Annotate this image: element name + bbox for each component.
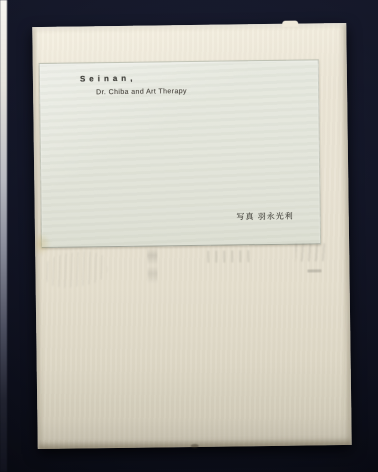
book-title: Seinan, [80,74,137,84]
book-subtitle: Dr. Chiba and Art Therapy [96,88,187,96]
dark-speck-bottom [191,444,199,448]
pencil-smudge-left [41,248,109,290]
faint-dash-right [307,269,321,272]
photographer-credit: 写真 羽永光利 [236,211,293,223]
photo-left-edge-strip [0,0,7,472]
faint-mark-center [147,247,158,287]
cover-title-label: Seinan, Dr. Chiba and Art Therapy 写真 羽永光… [39,59,321,248]
book-photograph: Seinan, Dr. Chiba and Art Therapy 写真 羽永光… [0,0,378,472]
faint-mark-center-right [207,250,253,263]
book-slipcase-cover: Seinan, Dr. Chiba and Art Therapy 写真 羽永光… [32,23,351,449]
torn-paper-nub [282,21,298,27]
faint-mark-right [295,243,327,261]
